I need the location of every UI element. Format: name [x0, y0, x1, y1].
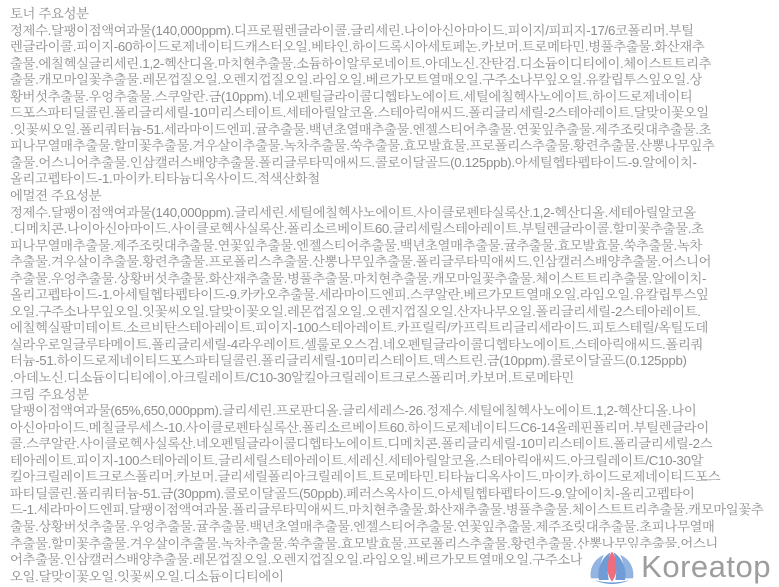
section-title-emulsion: 에멀젼 주요성분 [10, 188, 773, 205]
brand-name: Koreatop [641, 550, 771, 584]
lotus-flower-icon [586, 548, 638, 586]
ingredient-list-toner: 정제수.달팽이점액여과물(140,000ppm).디프로필렌글라이콜.글리세린.… [10, 23, 773, 188]
section-title-cream: 크림 주요성분 [10, 387, 773, 404]
section-toner: 토너 주요성분 정제수.달팽이점액여과물(140,000ppm).디프로필렌글라… [10, 6, 773, 188]
ingredient-document: 토너 주요성분 정제수.달팽이점액여과물(140,000ppm).디프로필렌글라… [10, 6, 773, 585]
section-emulsion: 에멀젼 주요성분 정제수.달팽이점액여과물(140,000ppm).글리세린.세… [10, 188, 773, 387]
section-title-toner: 토너 주요성분 [10, 6, 773, 23]
ingredient-list-emulsion: 정제수.달팽이점액여과물(140,000ppm).글리세린.세틸에칠헥사노에이트… [10, 205, 773, 387]
koreatop-logo: Koreatop [582, 548, 771, 586]
